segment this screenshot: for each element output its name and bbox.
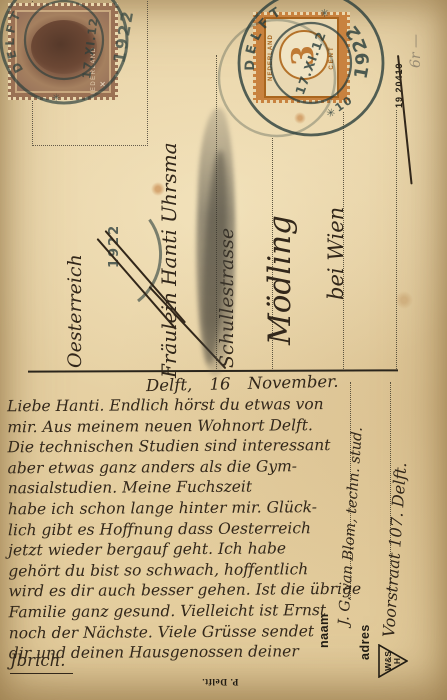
publisher-mark: P. Delft. bbox=[193, 676, 247, 686]
message-line: wird es dir auch besser gehen. Ist die ü… bbox=[8, 579, 378, 602]
postcard-back: NEDERLAND ✕ NEDERLAND 3 CENT DELFT 1922 … bbox=[0, 0, 447, 700]
stamp-right-country-label: NEDERLAND bbox=[268, 19, 274, 96]
publisher-logo: W&S H bbox=[378, 644, 408, 678]
message-line: Die technischen Studien sind interessant bbox=[7, 435, 377, 458]
stamp-right-value-numeral: 3 bbox=[286, 45, 321, 66]
postage-stamp-left: NEDERLAND ✕ bbox=[8, 3, 118, 100]
stamp-right-inner: NEDERLAND 3 CENT bbox=[264, 17, 339, 98]
publisher-logo-line2: H bbox=[392, 658, 402, 664]
address-line-3: Mödling bbox=[256, 133, 298, 345]
address-rule-2 bbox=[272, 138, 273, 371]
bei-wien-underline bbox=[397, 55, 413, 185]
adres-rule bbox=[390, 382, 391, 594]
stamp-left-frame: NEDERLAND ✕ bbox=[15, 10, 111, 93]
message-line: jetzt wieder bergauf geht. Ich habe bbox=[8, 538, 378, 561]
message-line: Familie ganz gesund. Vielleicht ist Erns… bbox=[9, 600, 379, 623]
message-line: aber etwas ganz anders als die Gym- bbox=[8, 455, 378, 478]
stamp-right-unit-label: CENT bbox=[329, 19, 335, 96]
address-line-1: Fräulein Hanti Uhrsma bbox=[151, 26, 181, 378]
message-line: Liebe Hanti. Endlich hörst du etwas von bbox=[7, 394, 377, 417]
address-rule-3 bbox=[343, 112, 344, 371]
message-line: noch der Nächste. Viele Grüsse sendet bbox=[9, 620, 379, 643]
message-line: nasialstudien. Meine Fuchszeit bbox=[8, 476, 378, 499]
message-line: mir. Aus meinem neuen Wohnort Delft. bbox=[7, 414, 377, 437]
postage-stamp-right: NEDERLAND 3 CENT bbox=[253, 12, 350, 103]
message-line: lich gibt es Hoffnung dass Oesterreich bbox=[8, 517, 378, 540]
stamp-right-value-circle: 3 bbox=[279, 31, 329, 81]
message-line: habe ich schon lange hinter mir. Glück- bbox=[8, 497, 378, 520]
message-line: gehört du bist so schwach, hoffentlich bbox=[8, 558, 378, 581]
stamp-left-corner-ornament: ✕ bbox=[99, 80, 106, 89]
pencil-note: 6r — bbox=[406, 13, 424, 68]
message-body: Liebe Hanti. Endlich hörst du etwas von … bbox=[7, 394, 379, 664]
address-rule-4 bbox=[396, 110, 397, 371]
stamp-left-portrait bbox=[31, 20, 97, 74]
message-dateline: Delft, 16 November. bbox=[146, 372, 339, 395]
message-signature: Jbrich. bbox=[10, 651, 73, 674]
